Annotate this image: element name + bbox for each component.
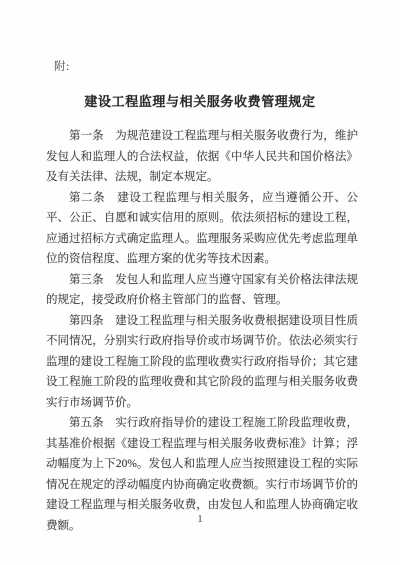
document-title: 建设工程监理与相关服务收费管理规定 xyxy=(0,91,400,110)
paragraph-article-2: 第二条 建设工程监理与相关服务，应当遵循公开、公平、公正、自愿和诚实信用的原则。… xyxy=(46,188,358,270)
attachment-label: 附: xyxy=(54,58,70,74)
document-body: 第一条 为规范建设工程监理与相关服务收费行为，维护发包人和监理人的合法权益，依据… xyxy=(46,126,358,536)
paragraph-article-3: 第三条 发包人和监理人应当遵守国家有关价格法律法规的规定，接受政府价格主管部门的… xyxy=(46,270,358,311)
document-page: 附: 建设工程监理与相关服务收费管理规定 第一条 为规范建设工程监理与相关服务收… xyxy=(0,0,400,565)
page-number: 1 xyxy=(0,514,400,525)
paragraph-article-1: 第一条 为规范建设工程监理与相关服务收费行为，维护发包人和监理人的合法权益，依据… xyxy=(46,126,358,188)
paragraph-article-4: 第四条 建设工程监理与相关服务收费根据建设项目性质不同情况，分别实行政府指导价或… xyxy=(46,311,358,414)
